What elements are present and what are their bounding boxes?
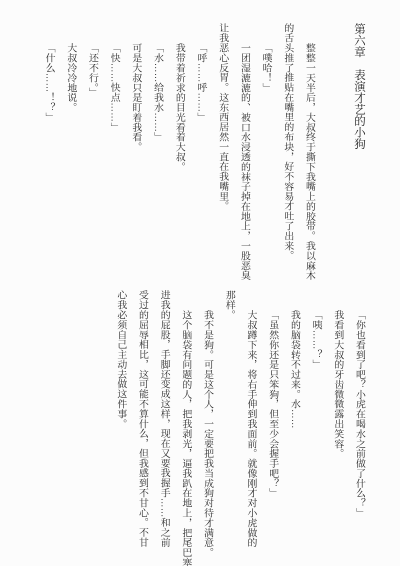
text-column: 「水……给我水……」 xyxy=(146,23,168,285)
chapter-title: 第六章 表演才艺的小狗 xyxy=(348,23,370,285)
text-column: 「你也看到了吧？小虎在喝水之前做了什么？」 xyxy=(348,290,370,566)
text-column: 「还不行。」 xyxy=(81,23,103,285)
text-column: 这个脑袋有问题的人，把我剥光，逼我趴在地上，把尾巴塞 xyxy=(175,290,197,566)
text-column: 那样。 xyxy=(218,290,240,566)
text-column: 大叔蹲下来，将右手伸到我面前。就像刚才对小虎做的 xyxy=(240,290,262,566)
text-column: 大叔冷冷地说。 xyxy=(60,23,82,285)
text-column: 让我恶心反胃。这东西居然一直在我嘴里。 xyxy=(211,23,233,285)
text-column: 「噗哈！」 xyxy=(255,23,277,285)
text-column: 「什么……！？」 xyxy=(38,23,60,285)
text-column: 可是大叔只是盯着我看。 xyxy=(125,23,147,285)
top-text-block: 第六章 表演才艺的小狗 整整一天半后，大叔终于撕下我嘴上的胶带。我以麻木的舌头推… xyxy=(38,23,370,285)
text-column: 一团湿漉漉的、被口水浸透的袜子掉在地上，一股恶臭 xyxy=(233,23,255,285)
text-column: 我看到大叔的牙齿微微露出笑容。 xyxy=(327,290,349,566)
text-column: 心我必须自己主动去做这件事。 xyxy=(110,290,132,566)
text-column: 进我的屁股，手脚还变成这样，现在又要我握手……和之前 xyxy=(153,290,175,566)
novel-page: 第六章 表演才艺的小狗 整整一天半后，大叔终于撕下我嘴上的胶带。我以麻木的舌头推… xyxy=(0,0,400,566)
text-column: 我不是狗。可是这个人，一定要把我当成狗对待才满意。 xyxy=(196,290,218,566)
text-column: 整整一天半后，大叔终于撕下我嘴上的胶带。我以麻木 xyxy=(298,23,320,285)
text-column: 「呼……呼……」 xyxy=(190,23,212,285)
text-column: 受过的屈辱相比，这可能不算什么，但我感到不甘心。不甘 xyxy=(131,290,153,566)
text-column: 我带着祈求的目光看着大叔。 xyxy=(168,23,190,285)
top-columns: 整整一天半后，大叔终于撕下我嘴上的胶带。我以麻木的舌头推了推贴在嘴里的布块，好不… xyxy=(38,23,320,285)
bottom-text-block: 「你也看到了吧？小虎在喝水之前做了什么？」我看到大叔的牙齿微微露出笑容。「咦……… xyxy=(110,290,370,566)
text-column: 「虽然你还是只笨狗，但至少会握手吧？」 xyxy=(261,290,283,566)
text-column: 我的脑袋转不过来。水…… xyxy=(283,290,305,566)
bottom-columns: 「你也看到了吧？小虎在喝水之前做了什么？」我看到大叔的牙齿微微露出笑容。「咦……… xyxy=(110,290,370,566)
text-column: 「咦……？」 xyxy=(305,290,327,566)
text-column: 的舌头推了推贴在嘴里的布块，好不容易才吐了出来。 xyxy=(277,23,299,285)
text-column: 「快……快点……」 xyxy=(103,23,125,285)
